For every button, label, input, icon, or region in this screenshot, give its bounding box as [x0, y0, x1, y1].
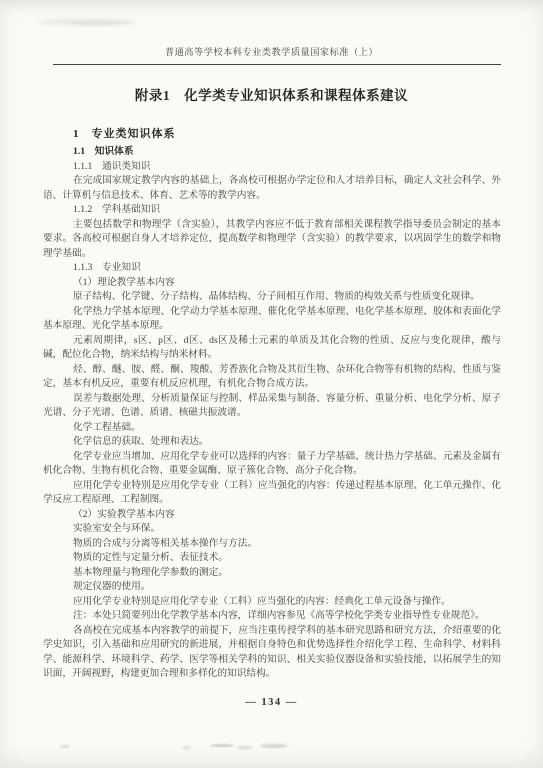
scan-artifact: [237, 746, 253, 749]
running-header: 普通高等学校本科专业类教学质量国家标准（上）: [0, 44, 543, 58]
heading-1-1: 1.1 知识体系: [43, 145, 501, 160]
paragraph-instruments: 规定仪器的使用。: [43, 580, 501, 595]
heading-1-1-1: 1.1.1 通识类知识: [43, 160, 501, 175]
header-rule: [53, 64, 501, 65]
paragraph-synthesis: 物质的合成与分离等相关基本操作与方法。: [43, 537, 501, 552]
heading-1-1-3: 1.1.3 专业知识: [43, 261, 501, 276]
paragraph-chem-information: 化学信息的获取、处理和表达。: [43, 435, 501, 450]
paragraph-measurement: 基本物理量与物理化学参数的测定。: [43, 566, 501, 581]
section-heading: 1 专业类知识体系: [73, 125, 176, 141]
scan-artifact: [60, 745, 70, 748]
paragraph-analysis: 误差与数据处理、分析质量保证与控制、样品采集与制备、容量分析、重量分析、电化学分…: [43, 392, 501, 421]
paragraph-qualitative: 物质的定性与定量分析、表征技术。: [43, 551, 501, 566]
heading-experiment-content: （2）实验教学基本内容: [43, 508, 501, 523]
paragraph-closing: 各高校在完成基本内容教学的前提下，应当注重传授学科的基本研究思路和研究方法，介绍…: [43, 624, 501, 682]
scan-artifact: [36, 19, 136, 25]
scan-artifact: [210, 744, 234, 747]
paragraph-discipline-basics: 主要包括数学和物理学（含实验），其教学内容应不低于教育部相关课程教学指导委员会制…: [43, 218, 501, 262]
document-title: 附录1 化学类专业知识体系和课程体系建议: [0, 84, 543, 104]
paragraph-note: 注：本处只简要列出化学教学基本内容，详细内容参见《高等学校化学类专业指导性专业规…: [43, 609, 501, 624]
paragraph-applied-strengthen: 应用化学专业特别是应用化学专业（工科）应当强化的内容：传递过程基本原理、化工单元…: [43, 479, 501, 508]
paragraph-thermodynamics: 化学热力学基本原理、化学动力学基本原理、催化化学基本原理、电化学基本原理、胶体和…: [43, 305, 501, 334]
content-blocks: 1.1 知识体系1.1.1 通识类知识在完成国家规定教学内容的基础上，各高校可根…: [43, 145, 501, 682]
heading-theory-content: （1）理论教学基本内容: [43, 276, 501, 291]
paragraph-lab-safety: 实验室安全与环保。: [43, 522, 501, 537]
paragraph-chem-engineering: 化学工程基础。: [43, 421, 501, 436]
paragraph-optional-content: 化学专业应当增加、应用化学专业可以选择的内容：量子力学基础、统计热力学基础、元素…: [43, 450, 501, 479]
paragraph-structure: 原子结构、化学键、分子结构、晶体结构、分子间相互作用、物质的构效关系与性质变化规…: [43, 290, 501, 305]
paragraph-periodic-law: 元素周期律，s区、p区、d区、ds区及稀土元素的单质及其化合物的性质、反应与变化…: [43, 334, 501, 363]
heading-1-1-2: 1.1.2 学科基础知识: [43, 203, 501, 218]
paragraph-organic: 烃、醇、醚、胺、醛、酮、羧酸、芳香族化合物及其衍生物、杂环化合物等有机物的结构、…: [43, 363, 501, 392]
scan-artifact: [182, 746, 191, 749]
paragraph-applied-lab: 应用化学专业特别是应用化学专业（工科）应当强化的内容：经典化工单元设备与操作。: [43, 595, 501, 610]
scan-artifact: [260, 744, 288, 748]
scan-artifact: [66, 21, 132, 25]
page-scan: 普通高等学校本科专业类教学质量国家标准（上） 附录1 化学类专业知识体系和课程体…: [0, 0, 543, 768]
paragraph-general-knowledge: 在完成国家规定教学内容的基础上，各高校可根据办学定位和人才培养目标，确定人文社会…: [43, 174, 501, 203]
page-number: — 134 —: [0, 697, 543, 708]
